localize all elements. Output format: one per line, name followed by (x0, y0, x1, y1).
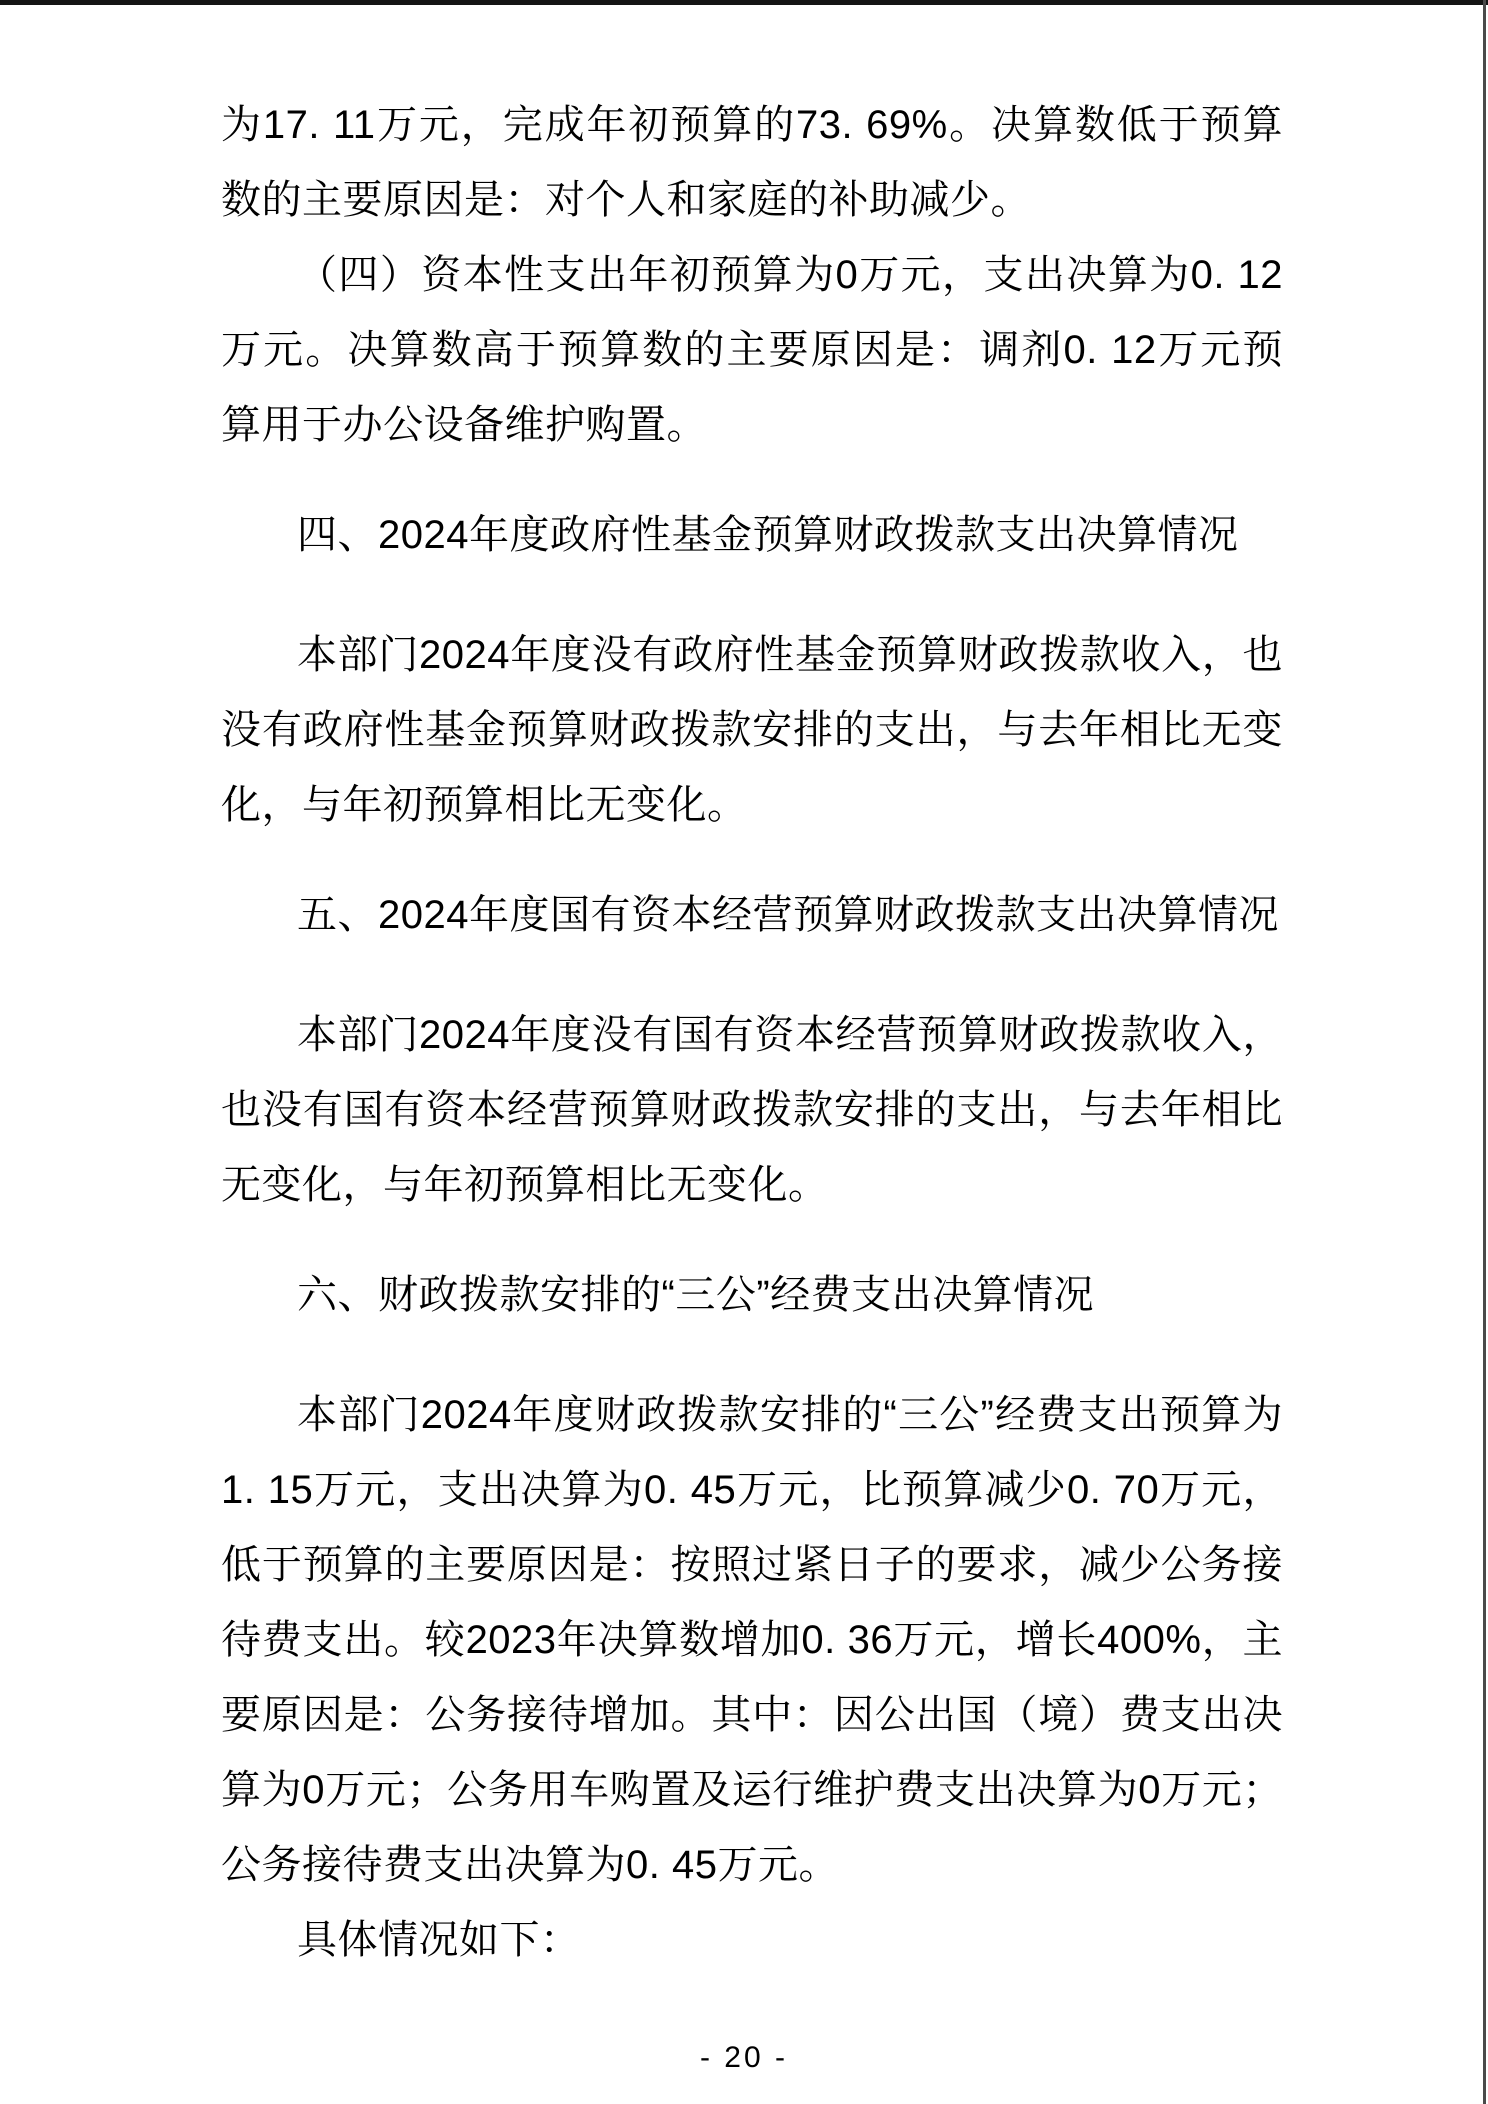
paragraph-capital-expense-continuation: 为17. 11万元，完成年初预算的73. 69%。决算数低于预算数的主要原因是：… (221, 88, 1283, 238)
page-content: 为17. 11万元，完成年初预算的73. 69%。决算数低于预算数的主要原因是：… (221, 88, 1283, 1978)
document-page: 为17. 11万元，完成年初预算的73. 69%。决算数低于预算数的主要原因是：… (0, 0, 1488, 2104)
section-heading-state-capital-budget: 五、2024年度国有资本经营预算财政拨款支出决算情况 (221, 878, 1283, 953)
paragraph-three-public-expenses-detail: 本部门2024年度财政拨款安排的“三公”经费支出预算为1. 15万元，支出决算为… (221, 1378, 1283, 1903)
scan-edge-top-artifact (0, 0, 1488, 5)
paragraph-government-fund-budget: 本部门2024年度没有政府性基金预算财政拨款收入，也没有政府性基金预算财政拨款安… (221, 618, 1283, 843)
section-heading-three-public-expenses: 六、财政拨款安排的“三公”经费支出决算情况 (221, 1258, 1283, 1333)
paragraph-details-follow: 具体情况如下： (221, 1903, 1283, 1978)
footer-page-number: - 20 - (0, 2038, 1488, 2078)
paragraph-state-capital-budget: 本部门2024年度没有国有资本经营预算财政拨款收入，也没有国有资本经营预算财政拨… (221, 998, 1283, 1223)
section-heading-government-fund-budget: 四、2024年度政府性基金预算财政拨款支出决算情况 (221, 498, 1283, 573)
scan-edge-right-artifact (1483, 0, 1486, 2104)
paragraph-item-4-capital-expenditure: （四）资本性支出年初预算为0万元，支出决算为0. 12万元。决算数高于预算数的主… (221, 238, 1283, 463)
